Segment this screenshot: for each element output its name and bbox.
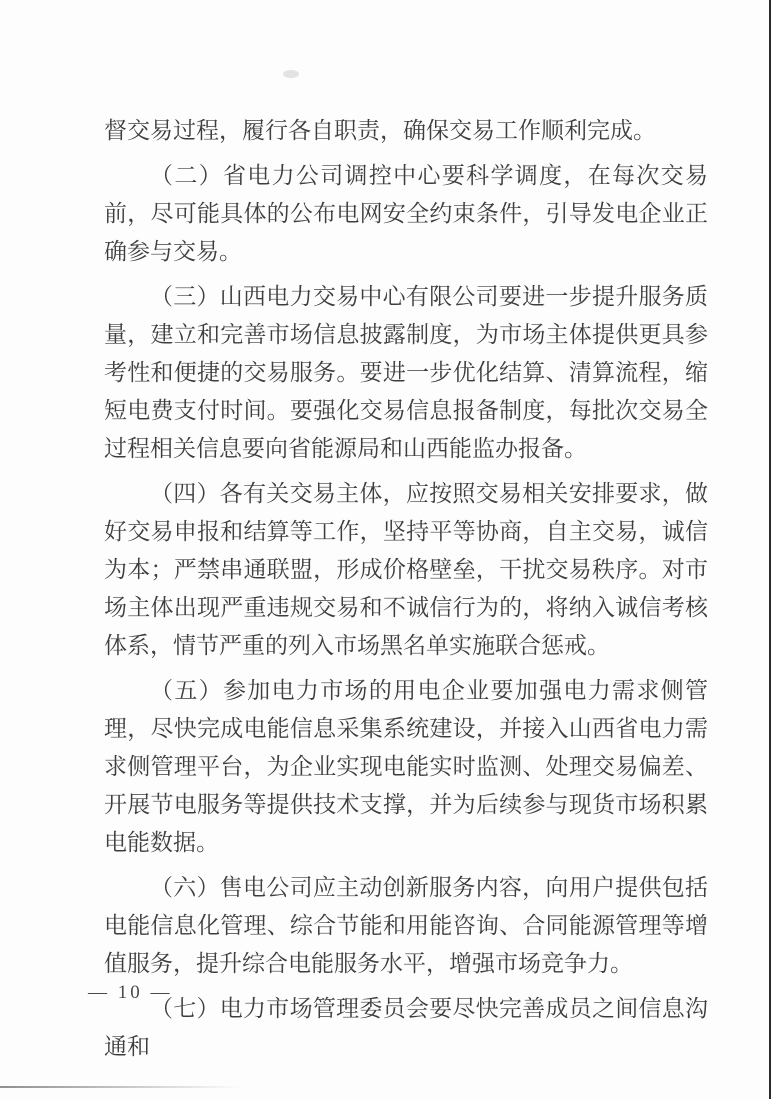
paragraph: 督交易过程，履行各自职责，确保交易工作顺利完成。 [104, 112, 708, 150]
paragraph: （三）山西电力交易中心有限公司要进一步提升服务质量，建立和完善市场信息披露制度，… [104, 278, 708, 468]
paragraph: （二）省电力公司调控中心要科学调度，在每次交易前，尽可能具体的公布电网安全约束条… [104, 157, 708, 271]
scan-edge-right [769, 0, 771, 1099]
document-body: 督交易过程，履行各自职责，确保交易工作顺利完成。 （二）省电力公司调控中心要科学… [104, 112, 708, 1073]
page-number: — 10 — [88, 982, 173, 1004]
paragraph: （六）售电公司应主动创新服务内容，向用户提供包括电能信息化管理、综合节能和用能咨… [104, 869, 708, 983]
scan-edge-bottom [0, 1086, 240, 1088]
paragraph: （七）电力市场管理委员会要尽快完善成员之间信息沟通和 [104, 990, 708, 1066]
scan-smudge [283, 70, 299, 78]
paragraph: （五）参加电力市场的用电企业要加强电力需求侧管理，尽快完成电能信息采集系统建设，… [104, 672, 708, 862]
paragraph: （四）各有关交易主体，应按照交易相关安排要求，做好交易申报和结算等工作，坚持平等… [104, 475, 708, 665]
document-page: 督交易过程，履行各自职责，确保交易工作顺利完成。 （二）省电力公司调控中心要科学… [0, 0, 772, 1099]
